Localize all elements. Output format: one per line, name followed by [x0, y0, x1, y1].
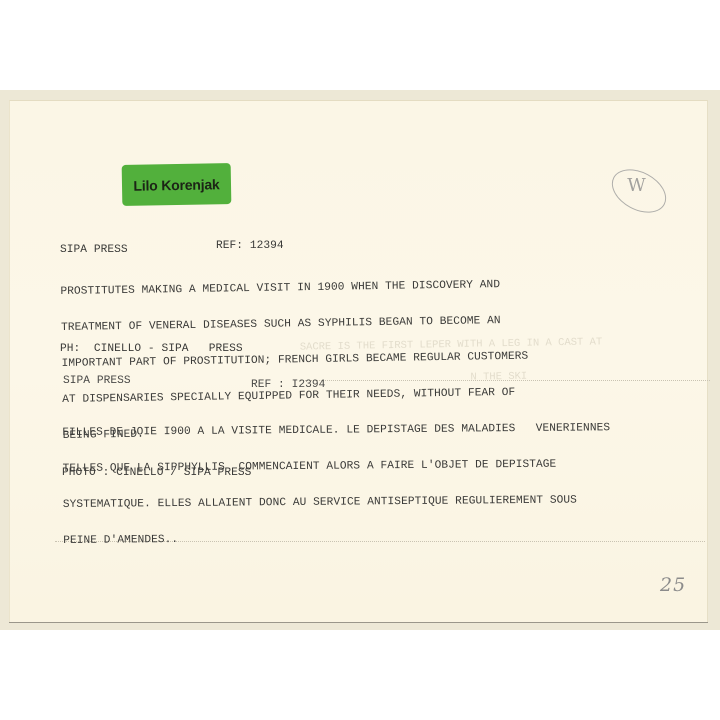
english-agency: SIPA PRESS: [60, 244, 128, 256]
english-ref: REF: 12394: [216, 240, 284, 252]
caption-line: FILLES DE JOIE I900 A LA VISITE MEDICALE…: [62, 422, 610, 439]
caption-line: PEINE D'AMENDES..: [63, 530, 611, 547]
handwritten-page-number: 25: [660, 574, 686, 596]
caption-line: TREATMENT OF VENERAL DISEASES SUCH AS SY…: [61, 315, 528, 334]
caption-line: SYSTEMATIQUE. ELLES ALLAIENT DONC AU SER…: [63, 494, 611, 511]
french-credit: PHOTO : CINELLO / SIPA PRESS: [62, 467, 251, 479]
caption-line: PROSTITUTES MAKING A MEDICAL VISIT IN 19…: [60, 279, 527, 298]
handwritten-mark-text: W: [627, 175, 646, 196]
french-agency: SIPA PRESS: [63, 375, 131, 387]
english-credit: PH: CINELLO - SIPA PRESS: [60, 343, 243, 355]
french-ref: REF : I2394: [251, 379, 325, 391]
name-sticker: Lilo Korenjak: [122, 163, 232, 206]
